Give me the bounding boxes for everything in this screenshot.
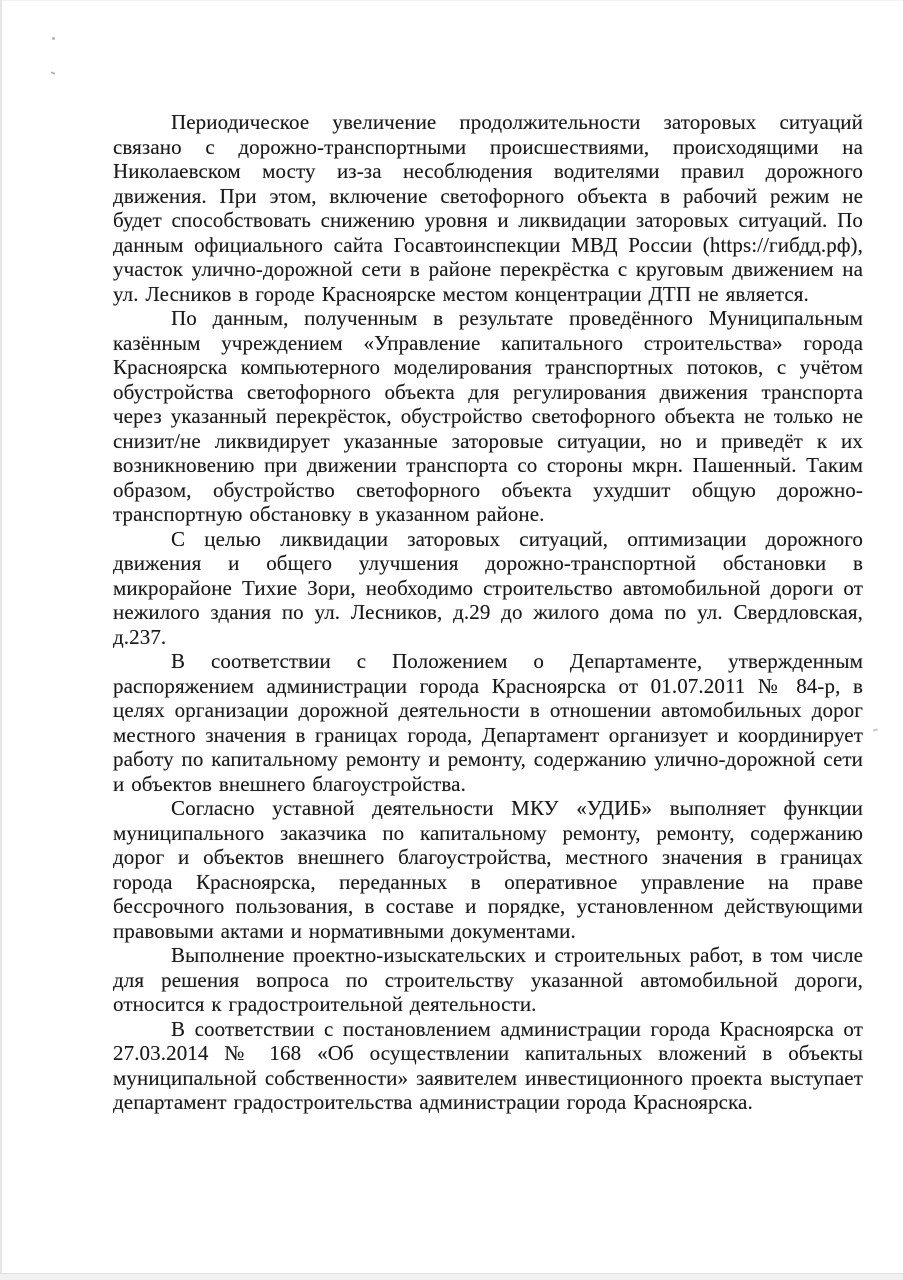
scan-speck bbox=[873, 728, 878, 731]
scan-speck bbox=[51, 71, 55, 74]
scanned-document-page: Периодическое увеличение продолжительнос… bbox=[0, 0, 903, 1280]
paragraph-design-survey-works: Выполнение проектно-изыскательских и стр… bbox=[113, 943, 863, 1017]
paragraph-traffic-congestion-causes: Периодическое увеличение продолжительнос… bbox=[113, 110, 863, 306]
paragraph-road-construction-need: С целью ликвидации заторовых ситуаций, о… bbox=[113, 527, 863, 650]
scan-edge-left bbox=[0, 0, 2, 1280]
document-text-block: Периодическое увеличение продолжительнос… bbox=[113, 110, 863, 1115]
scan-edge-bottom bbox=[0, 1273, 903, 1280]
paragraph-traffic-modeling-results: По данным, полученным в результате прове… bbox=[113, 306, 863, 527]
paragraph-department-regulation: В соответствии с Положением о Департамен… bbox=[113, 649, 863, 796]
scan-edge-top bbox=[0, 0, 903, 1]
paragraph-investment-project-applicant: В соответствии с постановлением админист… bbox=[113, 1017, 863, 1115]
scan-speck bbox=[52, 37, 55, 40]
paragraph-mku-udib-functions: Согласно уставной деятельности МКУ «УДИБ… bbox=[113, 796, 863, 943]
